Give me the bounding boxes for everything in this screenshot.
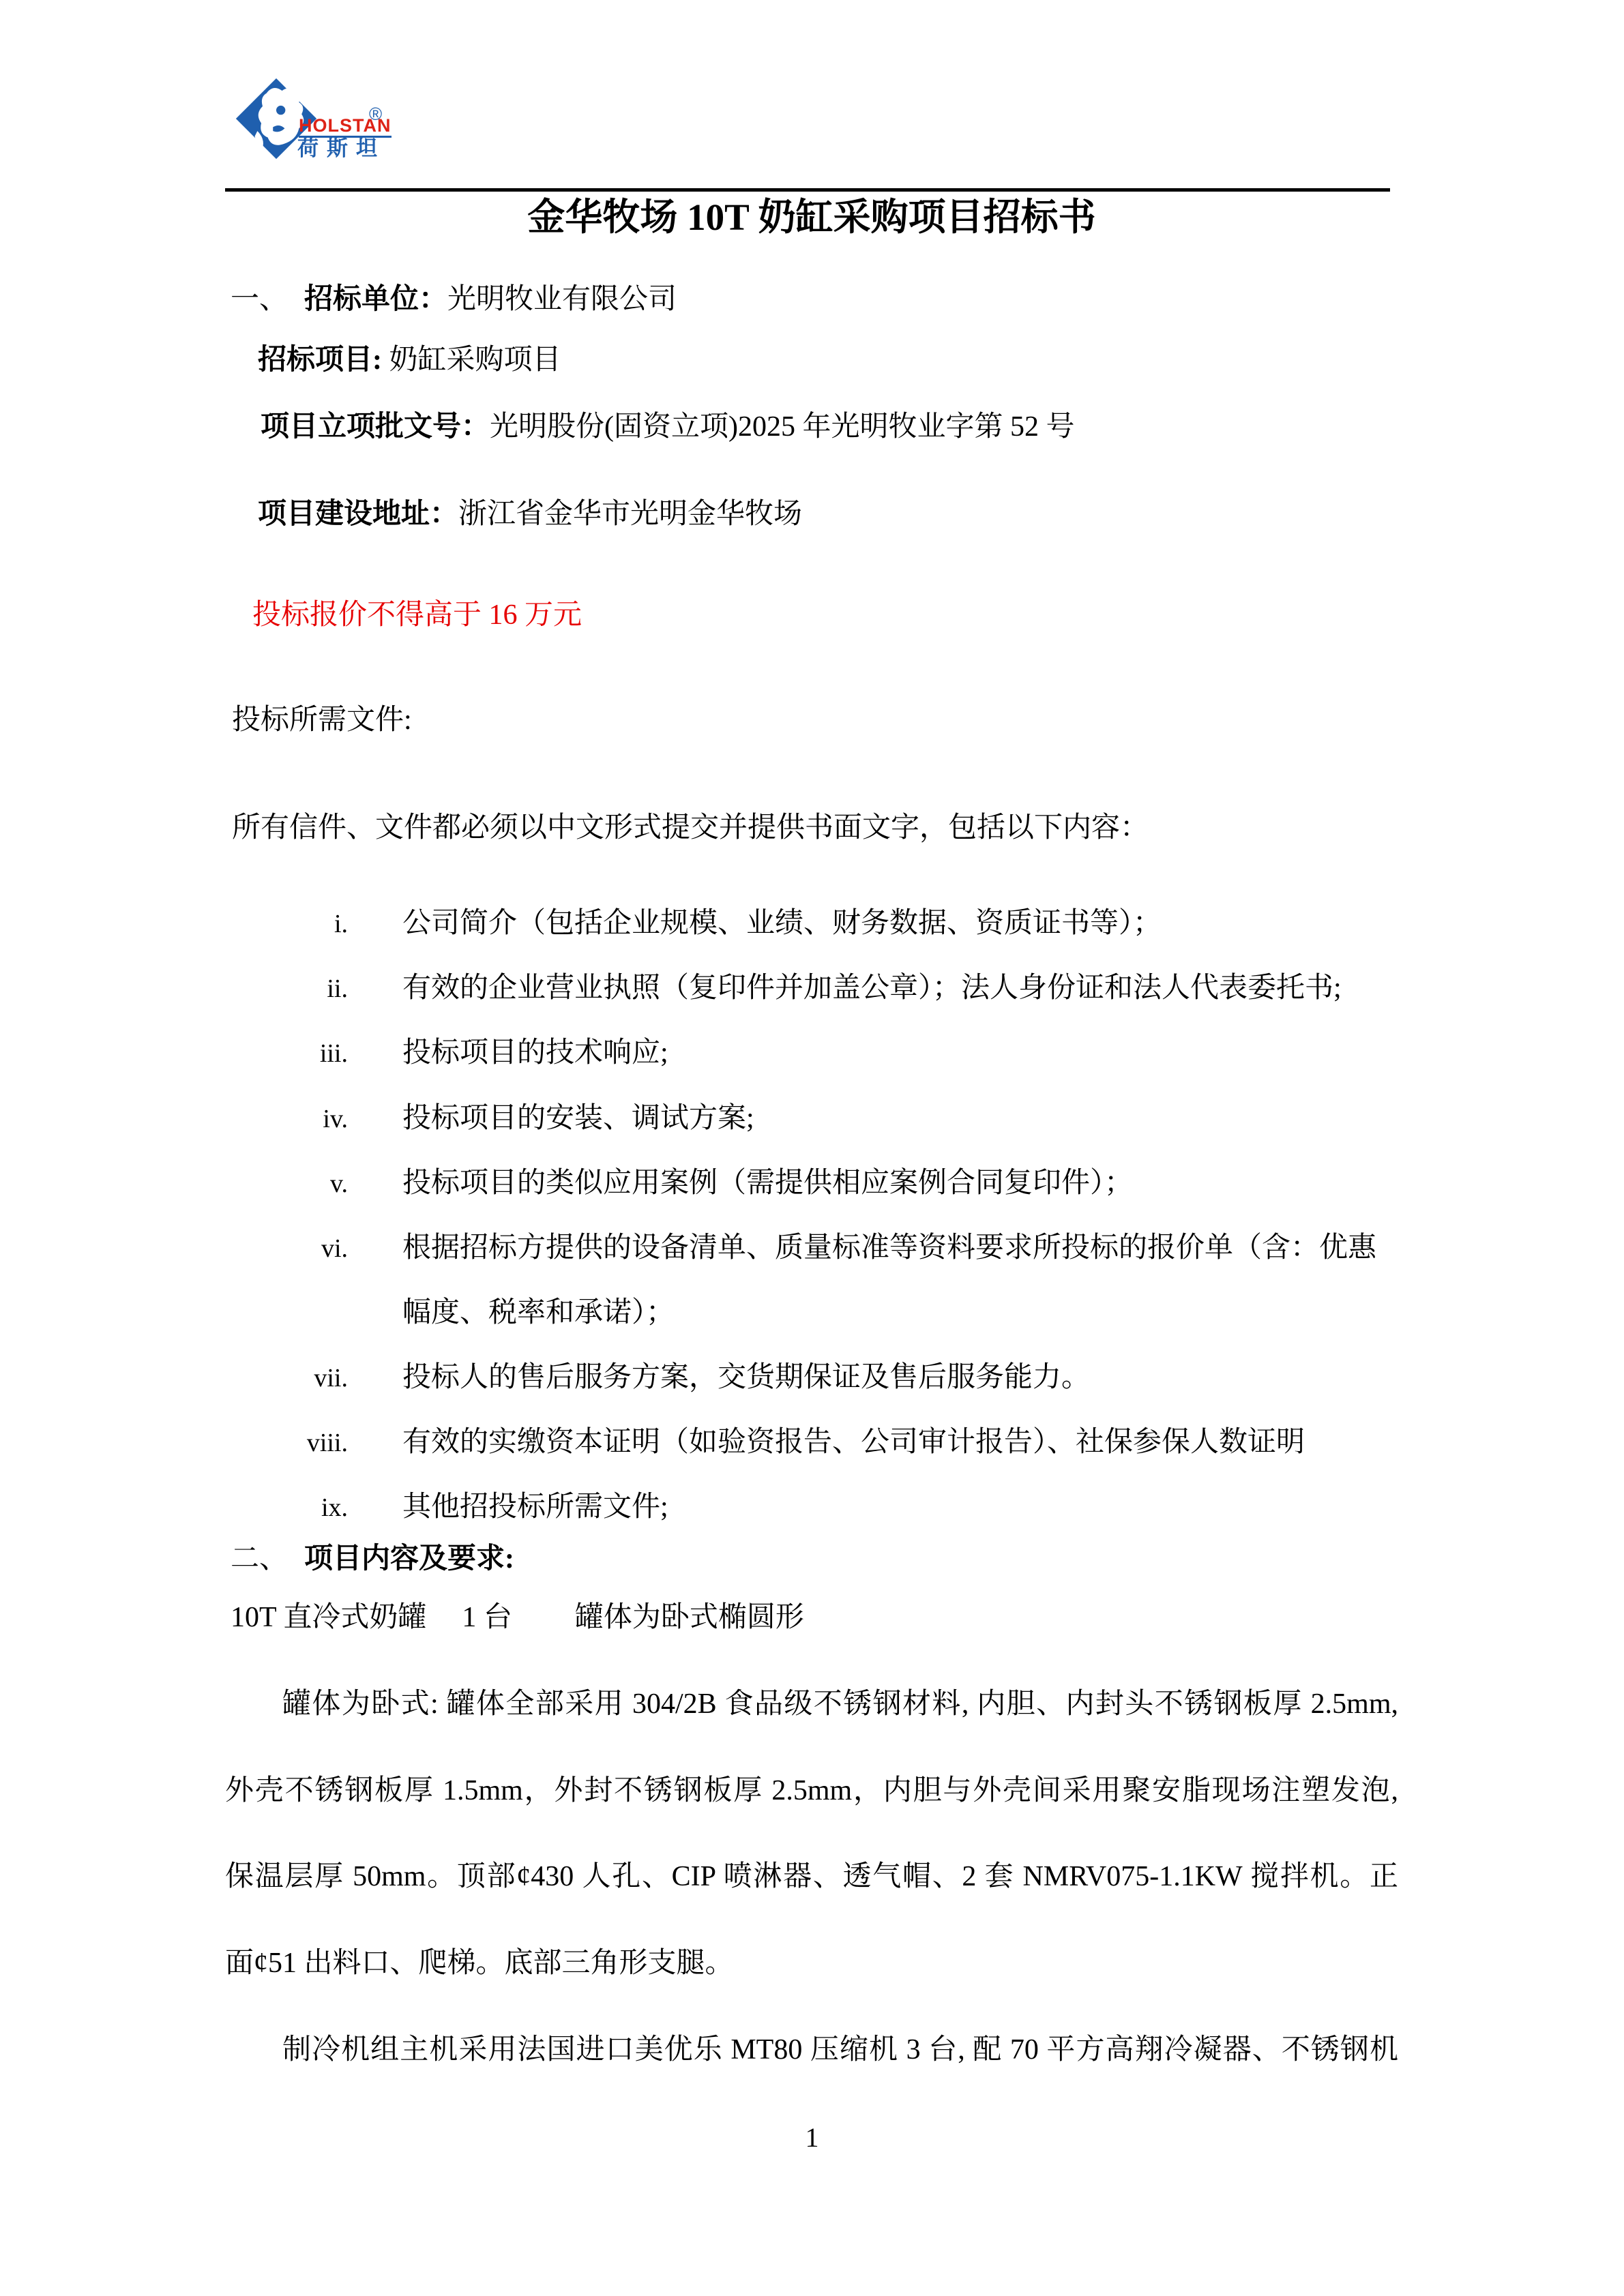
page-number: 1 [0,2122,1624,2153]
paragraph-refrigeration: 制冷机组主机采用法国进口美优乐 MT80 压缩机 3 台, 配 70 平方高翔冷… [225,2033,1398,2075]
item-number: vi. [225,1232,348,1266]
paragraph-tank-line1: 罐体为卧式: 罐体全部采用 304/2B 食品级不锈钢材料, 内胆、内封头不锈钢… [225,1687,1398,1729]
max-bid-notice: 投标报价不得高于 16 万元 [252,598,582,632]
spec-item: 10T 直冷式奶罐 [231,1602,426,1633]
item-number: v. [225,1167,348,1201]
field-label: 招标单位： [304,284,447,315]
item-text: 投标项目的类似应用案例（需提供相应案例合同复印件）； [402,1166,1133,1200]
required-docs-heading: 投标所需文件: [232,703,412,737]
item-number: iv. [225,1102,348,1136]
item-text: 投标人的售后服务方案，交货期保证及售后服务能力。 [402,1360,1090,1395]
field-value: 光明股份(固资立项)2025 年光明牧业字第 52 号 [490,411,1074,443]
doc-item-ii: ii.有效的企业营业执照（复印件并加盖公章）；法人身份证和法人代表委托书; [225,971,1398,1006]
doc-item-vi-continued: 幅度、税率和承诺）； [402,1296,675,1330]
document-page: ® HOLSTAN 荷斯坦 金华牧场 10T 奶缸采购项目招标书 一、招标单位：… [0,0,1624,2296]
header-rule [225,188,1390,192]
paragraph-tank-line2: 外壳不锈钢板厚 1.5mm，外封不锈钢板厚 2.5mm，内胆与外壳间采用聚安脂现… [225,1774,1398,1816]
field-tender-unit: 一、招标单位：光明牧业有限公司 [231,282,677,316]
field-label: 项目立项批文号： [261,411,490,443]
doc-item-iv: iv.投标项目的安装、调试方案; [225,1101,1398,1136]
page-title: 金华牧场 10T 奶缸采购项目招标书 [225,196,1398,239]
paragraph-tank-line3: 保温层厚 50mm。顶部¢430 人孔、CIP 喷淋器、透气帽、2 套 NMRV… [225,1860,1398,1902]
docs-intro: 所有信件、文件都必须以中文形式提交并提供书面文字，包括以下内容： [232,811,1149,845]
field-value: 奶缸采购项目 [389,344,561,376]
item-number: i. [225,907,348,941]
doc-item-iii: iii.投标项目的技术响应; [225,1036,1398,1071]
item-number: viii. [225,1426,348,1460]
doc-item-viii: viii.有效的实缴资本证明（如验资报告、公司审计报告）、社保参保人数证明 [225,1425,1398,1460]
field-label: 招标项目: [258,344,389,376]
field-approval-number: 项目立项批文号：光明股份(固资立项)2025 年光明牧业字第 52 号 [261,410,1075,444]
item-text: 投标项目的技术响应; [402,1036,668,1070]
brand-name-cn: 荷斯坦 [297,138,385,160]
field-label: 项目建设地址： [258,498,458,530]
field-value: 浙江省金华市光明金华牧场 [458,498,802,530]
item-text: 有效的企业营业执照（复印件并加盖公章）；法人身份证和法人代表委托书; [402,971,1342,1005]
doc-item-ix: ix.其他招投标所需文件; [225,1490,1398,1525]
item-text: 根据招标方提供的设备清单、质量标准等资料要求所投标的报价单（含：优惠 [402,1231,1376,1265]
field-construction-address: 项目建设地址：浙江省金华市光明金华牧场 [258,497,802,531]
item-number: iii. [225,1037,348,1071]
spec-shape: 罐体为卧式椭圆形 [575,1602,804,1633]
item-number: ii. [225,972,348,1006]
brand-name: HOLSTAN [299,116,392,138]
field-value: 光明牧业有限公司 [447,284,677,315]
spec-line: 10T 直冷式奶罐1 台罐体为卧式椭圆形 [231,1600,804,1635]
field-prefix: 一、 [231,282,304,316]
doc-item-vii: vii.投标人的售后服务方案，交货期保证及售后服务能力。 [225,1360,1398,1395]
item-text: 公司简介（包括企业规模、业绩、财务数据、资质证书等）； [402,906,1162,940]
item-text: 其他招投标所需文件; [402,1490,668,1524]
section2-heading: 二、项目内容及要求: [231,1542,514,1576]
section-title: 项目内容及要求: [304,1543,514,1575]
item-number: vii. [225,1361,348,1395]
doc-item-i: i.公司简介（包括企业规模、业绩、财务数据、资质证书等）； [225,906,1398,941]
item-number: ix. [225,1491,348,1525]
item-text: 投标项目的安装、调试方案; [402,1101,754,1135]
field-tender-project: 招标项目: 奶缸采购项目 [258,343,561,377]
doc-item-v: v.投标项目的类似应用案例（需提供相应案例合同复印件）； [225,1166,1398,1201]
paragraph-tank-line4: 面¢51 出料口、爬梯。底部三角形支腿。 [225,1946,734,1980]
doc-item-vi: vi.根据招标方提供的设备清单、质量标准等资料要求所投标的报价单（含：优惠 [225,1231,1398,1266]
holstan-logo: ® HOLSTAN 荷斯坦 [228,67,419,166]
section-prefix: 二、 [231,1542,304,1576]
item-text: 有效的实缴资本证明（如验资报告、公司审计报告）、社保参保人数证明 [402,1425,1305,1459]
spec-quantity: 1 台 [462,1602,512,1633]
